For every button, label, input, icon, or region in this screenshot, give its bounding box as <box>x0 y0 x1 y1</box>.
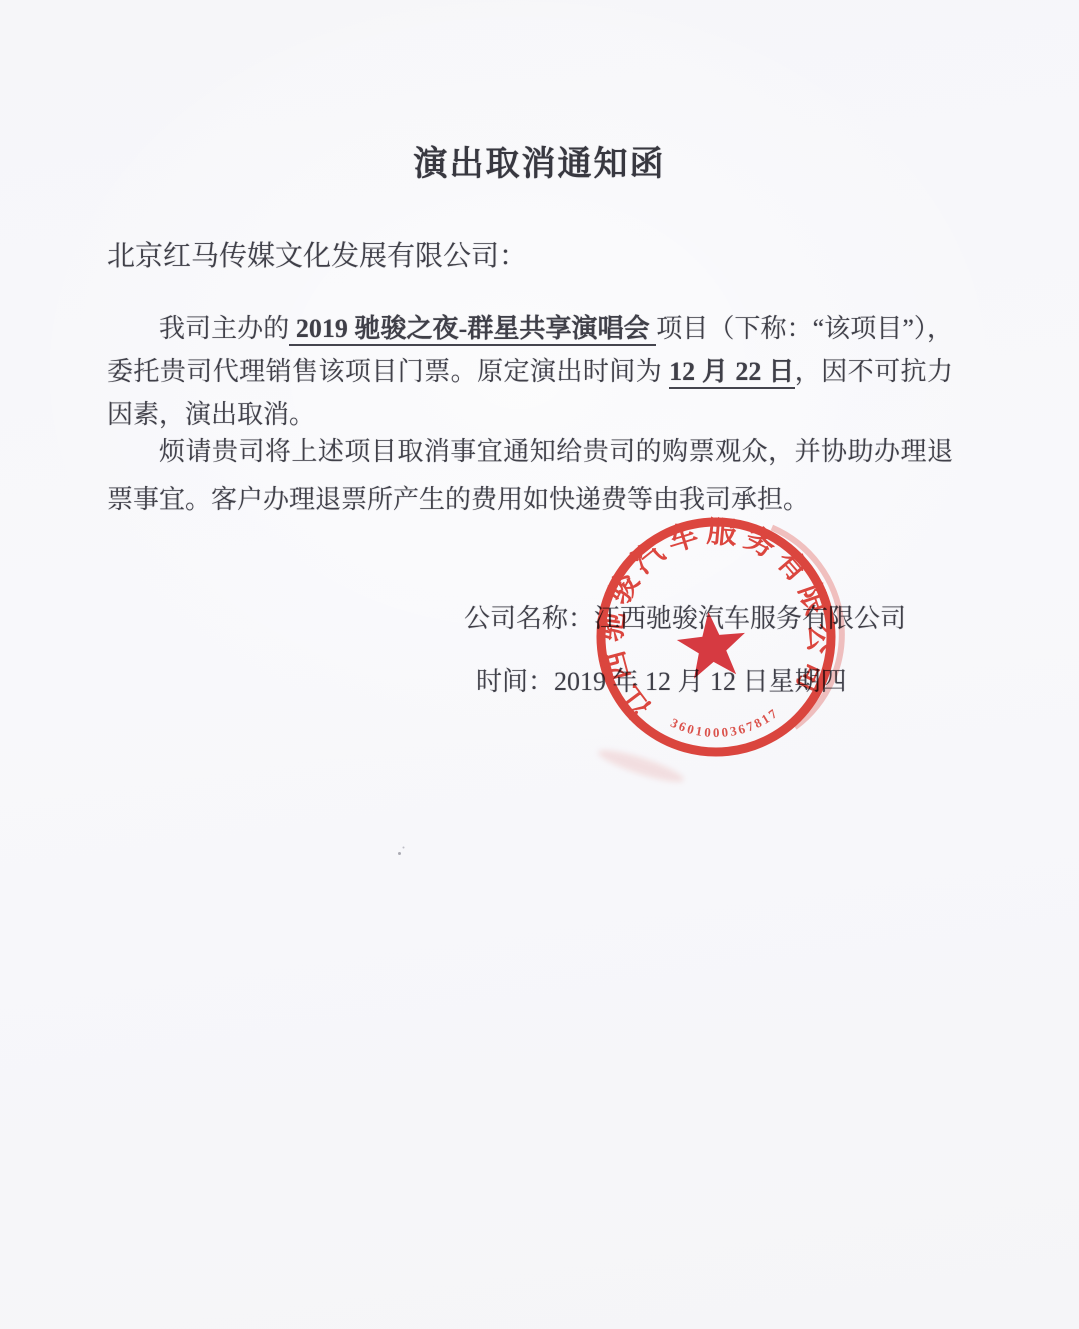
paragraph-1-lead: 我司主办的 <box>159 314 289 343</box>
document-title: 演出取消通知函 <box>0 136 1079 185</box>
show-date-underlined: 12 月 22 日 <box>669 357 795 389</box>
seal-company-text: 江西驰骏汽车服务有限公司 <box>583 503 845 726</box>
addressee-line: 北京红马传媒文化发展有限公司： <box>107 234 527 274</box>
company-name-label: 公司名称： <box>464 604 594 633</box>
company-seal-stamp: 江西驰骏汽车服务有限公司 3601000367817 <box>591 512 841 762</box>
letter-page: 演出取消通知函 北京红马传媒文化发展有限公司： 我司主办的 2019 驰骏之夜-… <box>0 0 1079 1329</box>
seal-star-icon <box>674 608 749 680</box>
paragraph-1: 我司主办的 2019 驰骏之夜-群星共享演唱会 项目（下称：“该项目”），委托贵… <box>107 307 953 436</box>
date-label: 时间： <box>476 667 554 696</box>
paragraph-2: 烦请贵司将上述项目取消事宜通知给贵司的购票观众，并协助办理退票事宜。客户办理退票… <box>107 428 953 524</box>
event-name-underlined: 2019 驰骏之夜-群星共享演唱会 <box>289 314 656 346</box>
scan-speck <box>398 852 401 855</box>
